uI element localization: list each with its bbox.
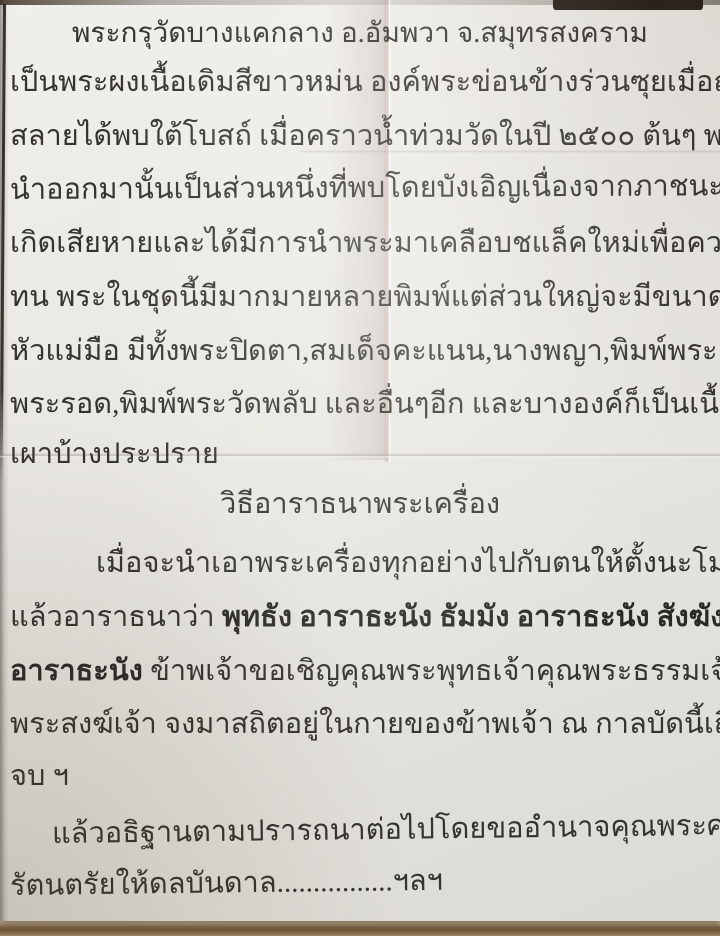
invocation-line-3: อาราธะนัง ข้าพเจ้าขอเชิญคุณพระพุทธเจ้าคุ… (10, 651, 720, 691)
invocation-line-2-prefix: แล้วอาราธนาว่า (10, 601, 222, 633)
closing-line-1: แล้วอธิฐานตามปรารถนาต่อไปโดยขออำนาจคุณพร… (52, 806, 720, 854)
document-title: พระกรุวัดบางแคกลาง อ.อัมพวา จ.สมุทรสงครา… (0, 14, 720, 54)
mantra-text-continued: อาราธะนัง (10, 655, 143, 687)
body-line-1: เป็นพระผงเนื้อเดิมสีขาวหม่น องค์พระข่อนข… (10, 62, 720, 102)
body-line-5: ทน พระในชุดนี้มีมากมายหลายพิมพ์แต่ส่วนให… (10, 277, 720, 317)
body-line-6: หัวแม่มือ มีทั้งพระปิดตา,สมเด็จคะแนน,นาง… (10, 331, 720, 371)
section-heading: วิธีอาราธนาพระเครื่อง (0, 484, 720, 524)
body-line-3: นำออกมานั้นเป็นส่วนหนึ่งที่พบโดยบังเอิญเ… (10, 166, 720, 210)
mantra-text: พุทธัง อาราธะนัง ธัมมัง อาราธะนัง สังฆัง (222, 601, 720, 633)
body-line-4: เกิดเสียหายและได้มีการนำพระมาเคลือบชแล็ค… (10, 223, 720, 263)
invocation-line-5: จบ ฯ (10, 756, 69, 796)
invocation-line-4: พระสงฆ์เจ้า จงมาสถิตอยู่ในกายของข้าพเจ้า… (10, 704, 720, 744)
body-line-7: พระรอด,พิมพ์พระวัดพลับ และอื่นๆอีก และบา… (10, 384, 720, 424)
invocation-line-2: แล้วอาราธนาว่า พุทธัง อาราธะนัง ธัมมัง อ… (10, 597, 720, 637)
invocation-line-1: เมื่อจะนำเอาพระเครื่องทุกอย่างไปกับตนให้… (96, 543, 720, 583)
closing-line-2: รัตนตรัยให้ดลบันดาล................ฯลฯ (10, 861, 443, 906)
dark-object-top-right (553, 0, 703, 10)
paper-document: พระกรุวัดบางแคกลาง อ.อัมพวา จ.สมุทรสงครา… (0, 0, 720, 921)
body-line-2: สลายได้พบใต้โบสถ์ เมื่อคราวน้ำท่วมวัดในป… (10, 116, 720, 156)
invocation-line-3-rest: ข้าพเจ้าขอเชิญคุณพระพุทธเจ้าคุณพระธรรมเจ… (143, 655, 720, 687)
body-line-8: เผาบ้างประปราย (10, 434, 219, 474)
